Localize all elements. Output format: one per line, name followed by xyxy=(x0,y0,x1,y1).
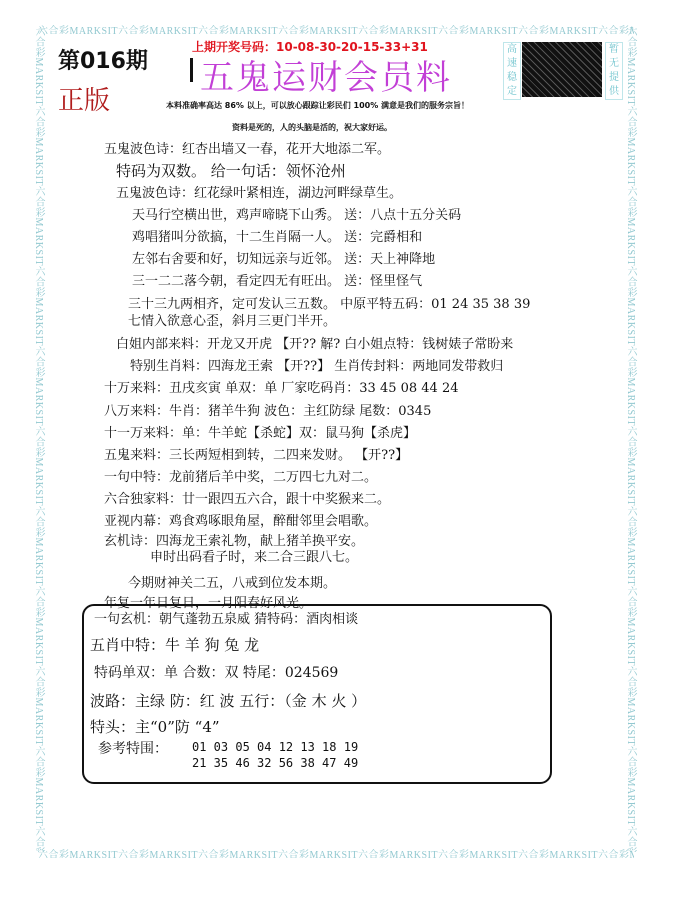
prediction-line: 六合独家料：廿一跟四五六合，跟十中奖猴来二。 xyxy=(104,488,390,507)
title-bar-divider xyxy=(190,58,193,82)
prediction-line: 今期财神关二五，八戒到位发本期。 xyxy=(128,572,336,591)
slogan-goodluck: 资料是死的，人的头脑是活的，祝大家好运。 xyxy=(232,122,392,133)
prediction-line: 天马行空横出世，鸡声啼晓下山秀。 送：八点十五分关码 xyxy=(132,204,461,223)
prediction-line: 三一二二落今朝，看定四无有旺出。 送：怪里怪气 xyxy=(132,270,422,289)
side-label-left: 高速稳定 xyxy=(503,42,521,100)
page-title: 五鬼运财会员料 xyxy=(200,50,452,99)
watermark-bottom: 六合彩MARKSIT六合彩MARKSIT六合彩MARKSIT六合彩MARKSIT… xyxy=(38,846,634,858)
watermark-right: 六合彩MARKSIT六合彩MARKSIT六合彩MARKSIT六合彩MARKSIT… xyxy=(626,26,638,852)
prediction-line: 五鬼波色诗：红杏出墙又一春，花开大地添二军。 xyxy=(104,138,390,157)
prediction-line: 五鬼波色诗：红花绿叶紧相连，湖边河畔绿草生。 xyxy=(116,182,402,201)
side-label-right: 暂无提供 xyxy=(605,42,623,100)
wuxiao-line: 五肖中特：牛 羊 狗 兔 龙 xyxy=(90,634,259,655)
slogan-accuracy: 本料准确率高达 86% 以上，可以放心跟踪让彩民们 100% 满意是我们的服务宗… xyxy=(166,100,469,111)
cankao-label: 参考特围： xyxy=(98,738,168,758)
prediction-line: 八万来料：牛肖：猪羊牛狗 波色：主红防绿 尾数：0345 xyxy=(104,400,431,419)
prediction-line: 七情入欲意心歪，斜月三更门半开。 xyxy=(128,310,336,329)
danshuang-line: 特码单双：单 合数：双 特尾：024569 xyxy=(94,662,338,682)
summary-box: 一句玄机：朝气蓬勃五泉威 猜特码：酒肉相谈 五肖中特：牛 羊 狗 兔 龙 特码单… xyxy=(82,604,552,784)
cankao-row1: 01 03 05 04 12 13 18 19 xyxy=(192,740,358,754)
prediction-line: 特码为双数。 给一句话：领怀沧州 xyxy=(116,160,346,181)
bolu-line: 波路：主绿 防：红 波 五行：（金 木 火 ） xyxy=(90,690,366,711)
prediction-line: 十一万来料：单：牛羊蛇【杀蛇】双：鼠马狗【杀虎】 xyxy=(104,422,416,441)
watermark-left: 六合彩MARKSIT六合彩MARKSIT六合彩MARKSIT六合彩MARKSIT… xyxy=(34,26,46,852)
watermark-top: 六合彩MARKSIT六合彩MARKSIT六合彩MARKSIT六合彩MARKSIT… xyxy=(38,22,634,34)
prediction-line: 左邻右舍要和好，切知远亲与近邻。 送：天上神降地 xyxy=(132,248,435,267)
edition-label: 正版 xyxy=(58,80,110,117)
cankao-row2: 21 35 46 32 56 38 47 49 xyxy=(192,756,358,770)
issue-number: 第016期 xyxy=(58,44,148,75)
prediction-line: 十万来料：丑戌亥寅 单双：单 厂家吃码肖：33 45 08 44 24 xyxy=(104,377,459,396)
tetou-line: 特头：主“0”防 “4” xyxy=(90,716,220,737)
prediction-line: 五鬼来料：三长两短相到转，二四来发财。 【开??】 xyxy=(104,444,408,463)
prediction-line: 一句中特：龙前猪后羊中奖，二万四七九对二。 xyxy=(104,466,377,485)
prediction-line: 特别生肖料：四海龙王索 【开??】 生肖传封料：两地同发带救归 xyxy=(130,355,503,374)
xuanji-line: 一句玄机：朝气蓬勃五泉威 猜特码：酒肉相谈 xyxy=(94,608,358,627)
prediction-line: 亚视内幕：鸡食鸡啄眼角屋，醉酣邻里会唱歌。 xyxy=(104,510,377,529)
prediction-line: 申时出码看子时，来二合三跟八七。 xyxy=(150,546,358,565)
prediction-line: 白姐内部来料：开龙又开虎 【开?? 解? 白小姐点特：钱树婊子常盼来 xyxy=(116,333,513,352)
qr-code-icon xyxy=(522,42,602,97)
prediction-line: 鸡唱猪叫分欲搞，十二生肖隔一人。 送：完爵相和 xyxy=(132,226,422,245)
